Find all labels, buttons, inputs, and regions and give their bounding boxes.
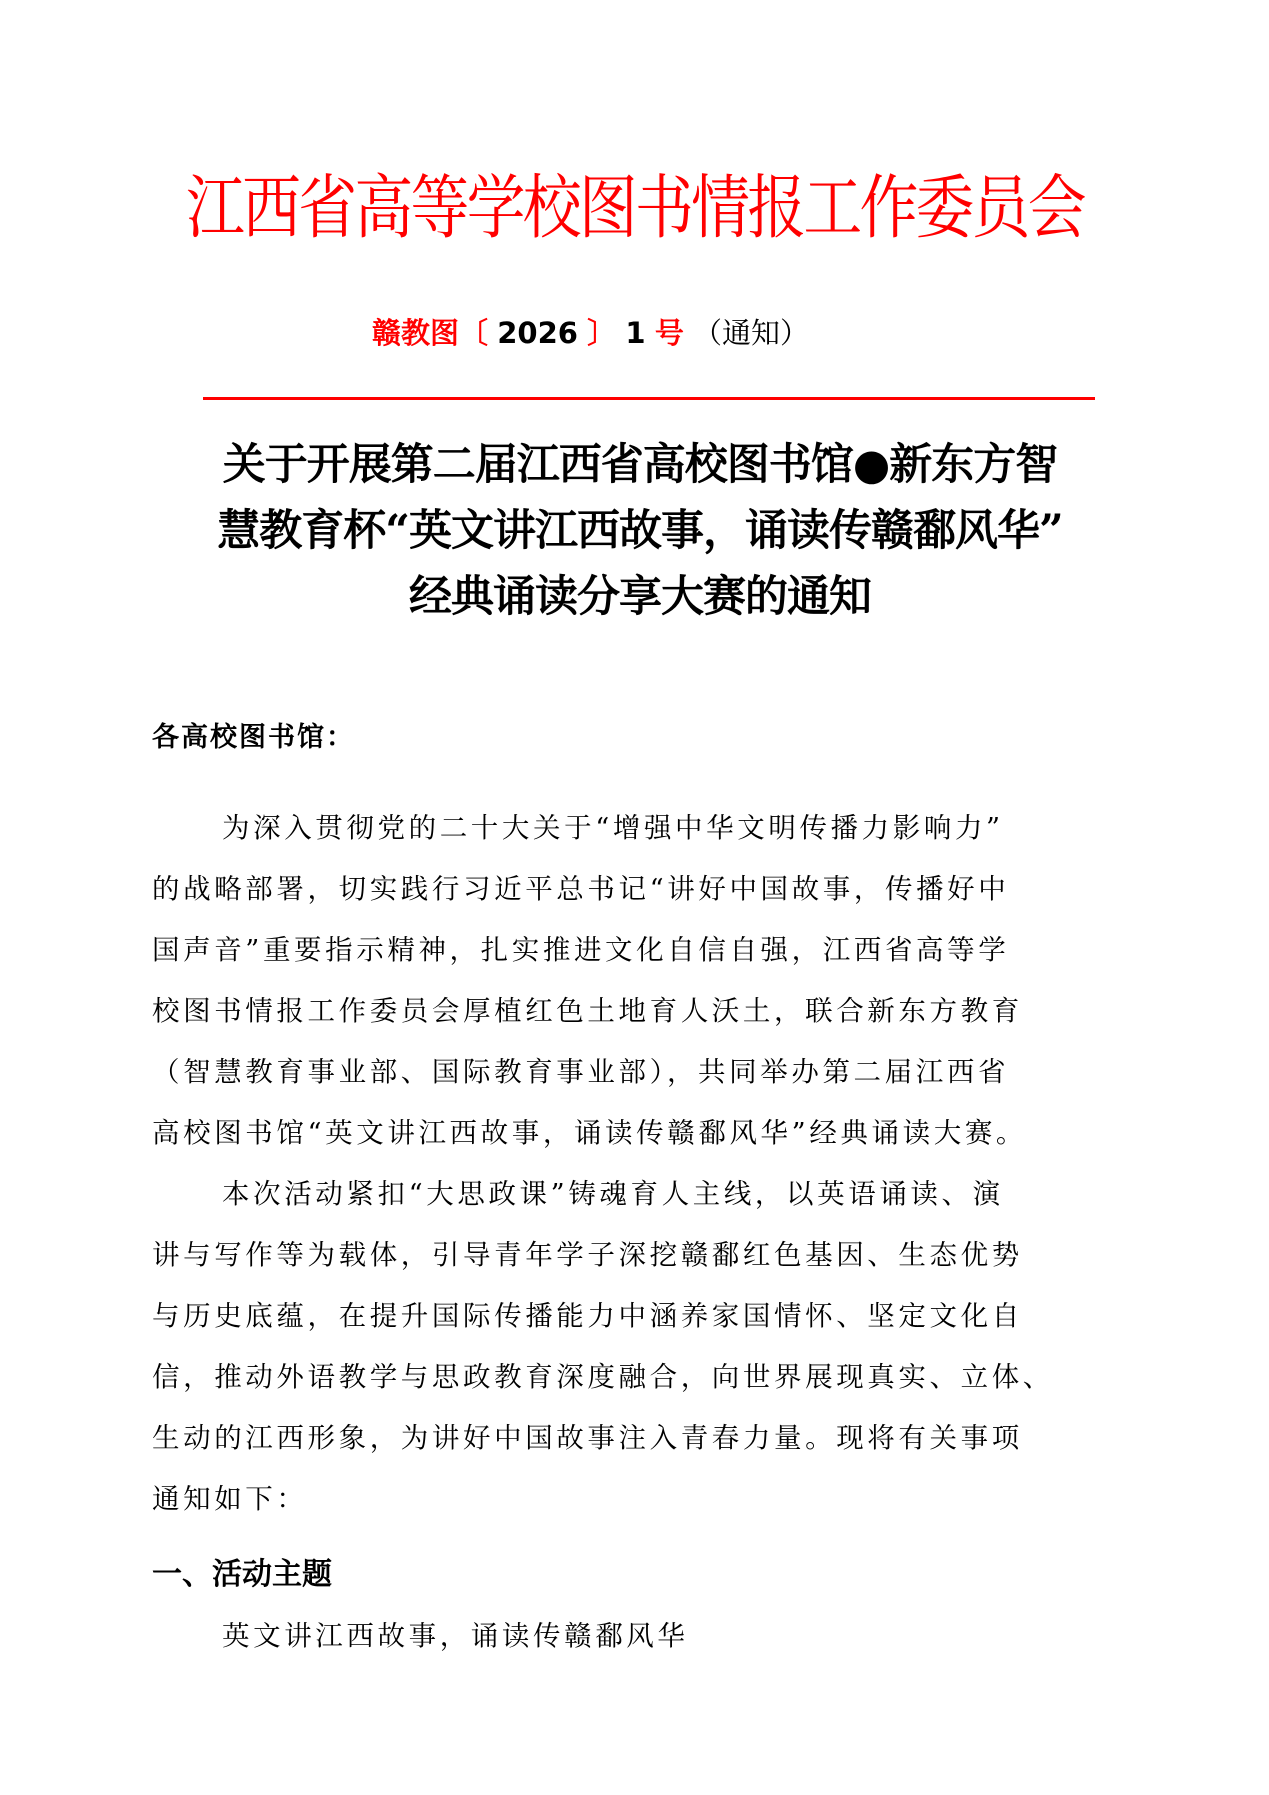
notice-title: 关于开展第二届江西省高校图书馆●新东方智 慧教育杯“英文讲江西故事，诵读传赣鄱风…: [140, 432, 1140, 630]
paragraph-line: 国声音”重要指示精神，扎实推进文化自信自强，江西省高等学: [152, 920, 1132, 981]
paragraph-line: 信，推动外语教学与思政教育深度融合，向世界展现真实、立体、: [152, 1347, 1132, 1408]
section-heading-theme: 一、活动主题: [152, 1553, 332, 1597]
doc-type-label: （通知）: [693, 316, 809, 350]
doc-number-suffix: 号: [655, 316, 684, 350]
paragraph-purpose: 本次活动紧扣“大思政课”铸魂育人主线，以英语诵读、演 讲与写作等为载体，引导青年…: [152, 1164, 1132, 1530]
paragraph-line: 为深入贯彻党的二十大关于“增强中华文明传播力影响力”: [152, 798, 1132, 859]
paragraph-line: （智慧教育事业部、国际教育事业部），共同举办第二届江西省: [152, 1042, 1132, 1103]
issuing-organization-title: 江西省高等学校图书情报工作委员会: [186, 160, 1014, 257]
red-divider-rule: [203, 397, 1095, 400]
doc-number-year: 2026: [497, 316, 578, 350]
salutation: 各高校图书馆：: [152, 718, 355, 758]
paragraph-intro: 为深入贯彻党的二十大关于“增强中华文明传播力影响力” 的战略部署，切实践行习近平…: [152, 798, 1132, 1164]
paragraph-line: 本次活动紧扣“大思政课”铸魂育人主线，以英语诵读、演: [152, 1164, 1132, 1225]
paragraph-line: 通知如下：: [152, 1469, 1132, 1530]
paragraph-line: 校图书情报工作委员会厚植红色土地育人沃土，联合新东方教育: [152, 981, 1132, 1042]
doc-number-prefix: 赣教图〔: [372, 316, 488, 350]
paragraph-line: 高校图书馆“英文讲江西故事，诵读传赣鄱风华”经典诵读大赛。: [152, 1103, 1132, 1164]
document-number: 赣教图〔 2026 〕 1 号 （通知）: [372, 310, 809, 356]
paragraph-line: 与历史底蕴，在提升国际传播能力中涵养家国情怀、坚定文化自: [152, 1286, 1132, 1347]
paragraph-line: 生动的江西形象，为讲好中国故事注入青春力量。现将有关事项: [152, 1408, 1132, 1469]
notice-title-line: 慧教育杯“英文讲江西故事，诵读传赣鄱风华”: [140, 498, 1140, 564]
paragraph-line: 讲与写作等为载体，引导青年学子深挖赣鄱红色基因、生态优势: [152, 1225, 1132, 1286]
paragraph-line: 的战略部署，切实践行习近平总书记“讲好中国故事，传播好中: [152, 859, 1132, 920]
section-body-theme: 英文讲江西故事，诵读传赣鄱风华: [222, 1612, 689, 1660]
doc-number-close-bracket: 〕: [587, 316, 616, 350]
doc-number-value: 1: [625, 316, 645, 350]
notice-title-line: 关于开展第二届江西省高校图书馆●新东方智: [140, 432, 1140, 498]
notice-title-line: 经典诵读分享大赛的通知: [140, 564, 1140, 630]
